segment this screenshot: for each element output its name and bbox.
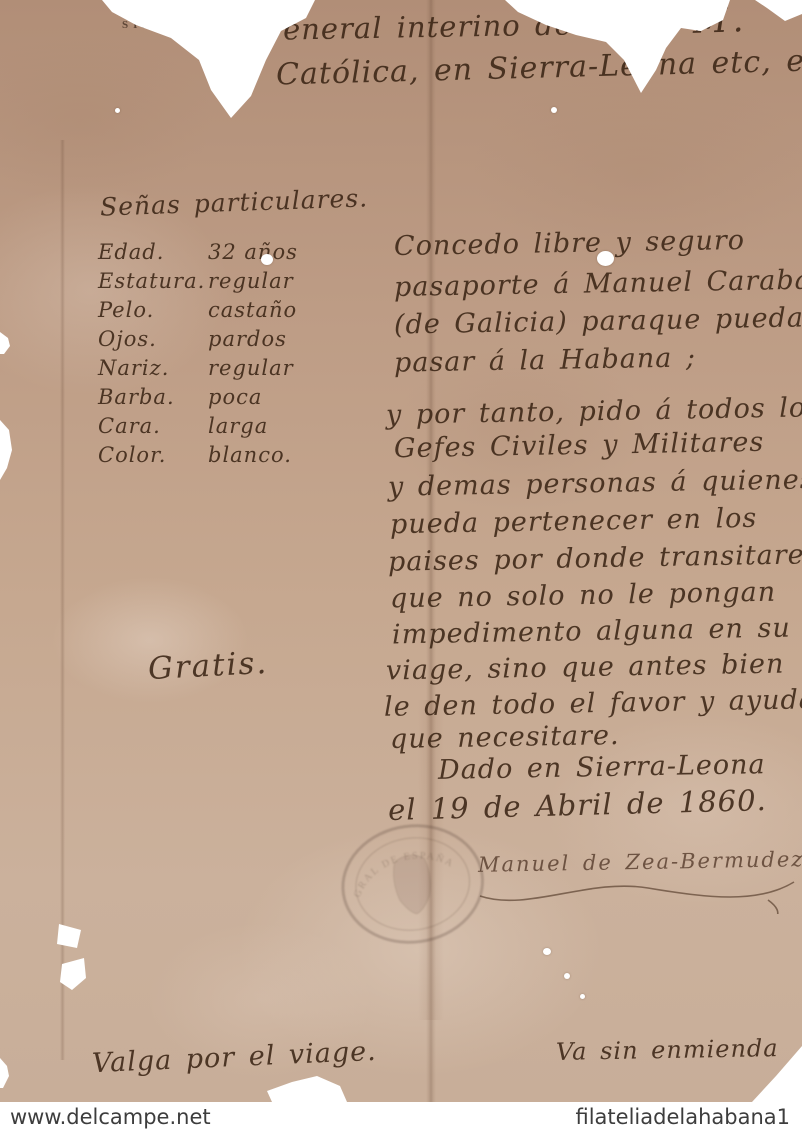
body-line: pueda pertenecer en los	[390, 503, 758, 540]
particular-label: Pelo.	[98, 298, 208, 322]
particular-value: larga	[208, 414, 268, 438]
particulars-list: Edad. 32 años Estatura. regular Pelo. ca…	[98, 240, 298, 472]
fee-note: Gratis.	[147, 645, 269, 687]
body-line: que necesitare.	[390, 720, 620, 755]
scanned-passport-document: GRAL DE ESPAÑA SIERRA eneral interino de…	[0, 0, 802, 1131]
pinhole	[597, 251, 614, 266]
particular-label: Ojos.	[98, 327, 208, 351]
pinhole	[564, 973, 570, 979]
particular-label: Barba.	[98, 385, 208, 409]
particulars-row: Pelo. castaño	[98, 298, 298, 327]
particular-value: poca	[208, 385, 262, 409]
left-fold-crease	[60, 140, 65, 1060]
pinhole	[115, 108, 120, 113]
body-line: Gefes Civiles y Militares	[394, 427, 765, 464]
particular-value: castaño	[208, 298, 297, 322]
particular-label: Color.	[98, 443, 208, 467]
seller-watermark: filateliadelahabana1	[576, 1105, 802, 1129]
watermark-bar: www.delcampe.net filateliadelahabana1	[0, 1102, 802, 1131]
particulars-row: Cara. larga	[98, 414, 298, 443]
particular-value: 32 años	[208, 240, 298, 264]
footer-note-right: Va sin enmienda	[556, 1034, 779, 1066]
particulars-row: Ojos. pardos	[98, 327, 298, 356]
pinhole	[551, 107, 557, 113]
body-line: Concedo libre y seguro	[394, 225, 746, 262]
delcampe-watermark: www.delcampe.net	[0, 1105, 211, 1129]
dateline-place: Dado en Sierra-Leona	[438, 749, 766, 786]
particulars-row: Color. blanco.	[98, 443, 298, 472]
pinhole	[580, 994, 585, 999]
particular-value: regular	[208, 269, 294, 293]
signature-flourish	[468, 872, 802, 914]
particular-value: blanco.	[208, 443, 292, 467]
particular-label: Cara.	[98, 414, 208, 438]
pinhole	[543, 948, 551, 955]
particulars-row: Barba. poca	[98, 385, 298, 414]
particulars-row: Estatura. regular	[98, 269, 298, 298]
particular-label: Edad.	[98, 240, 208, 264]
particular-label: Nariz.	[98, 356, 208, 380]
particular-value: pardos	[208, 327, 287, 351]
particular-value: regular	[208, 356, 294, 380]
particulars-row: Nariz. regular	[98, 356, 298, 385]
body-line: pasar á la Habana ;	[394, 342, 697, 378]
particular-label: Estatura.	[98, 269, 208, 293]
pinhole	[261, 254, 273, 265]
